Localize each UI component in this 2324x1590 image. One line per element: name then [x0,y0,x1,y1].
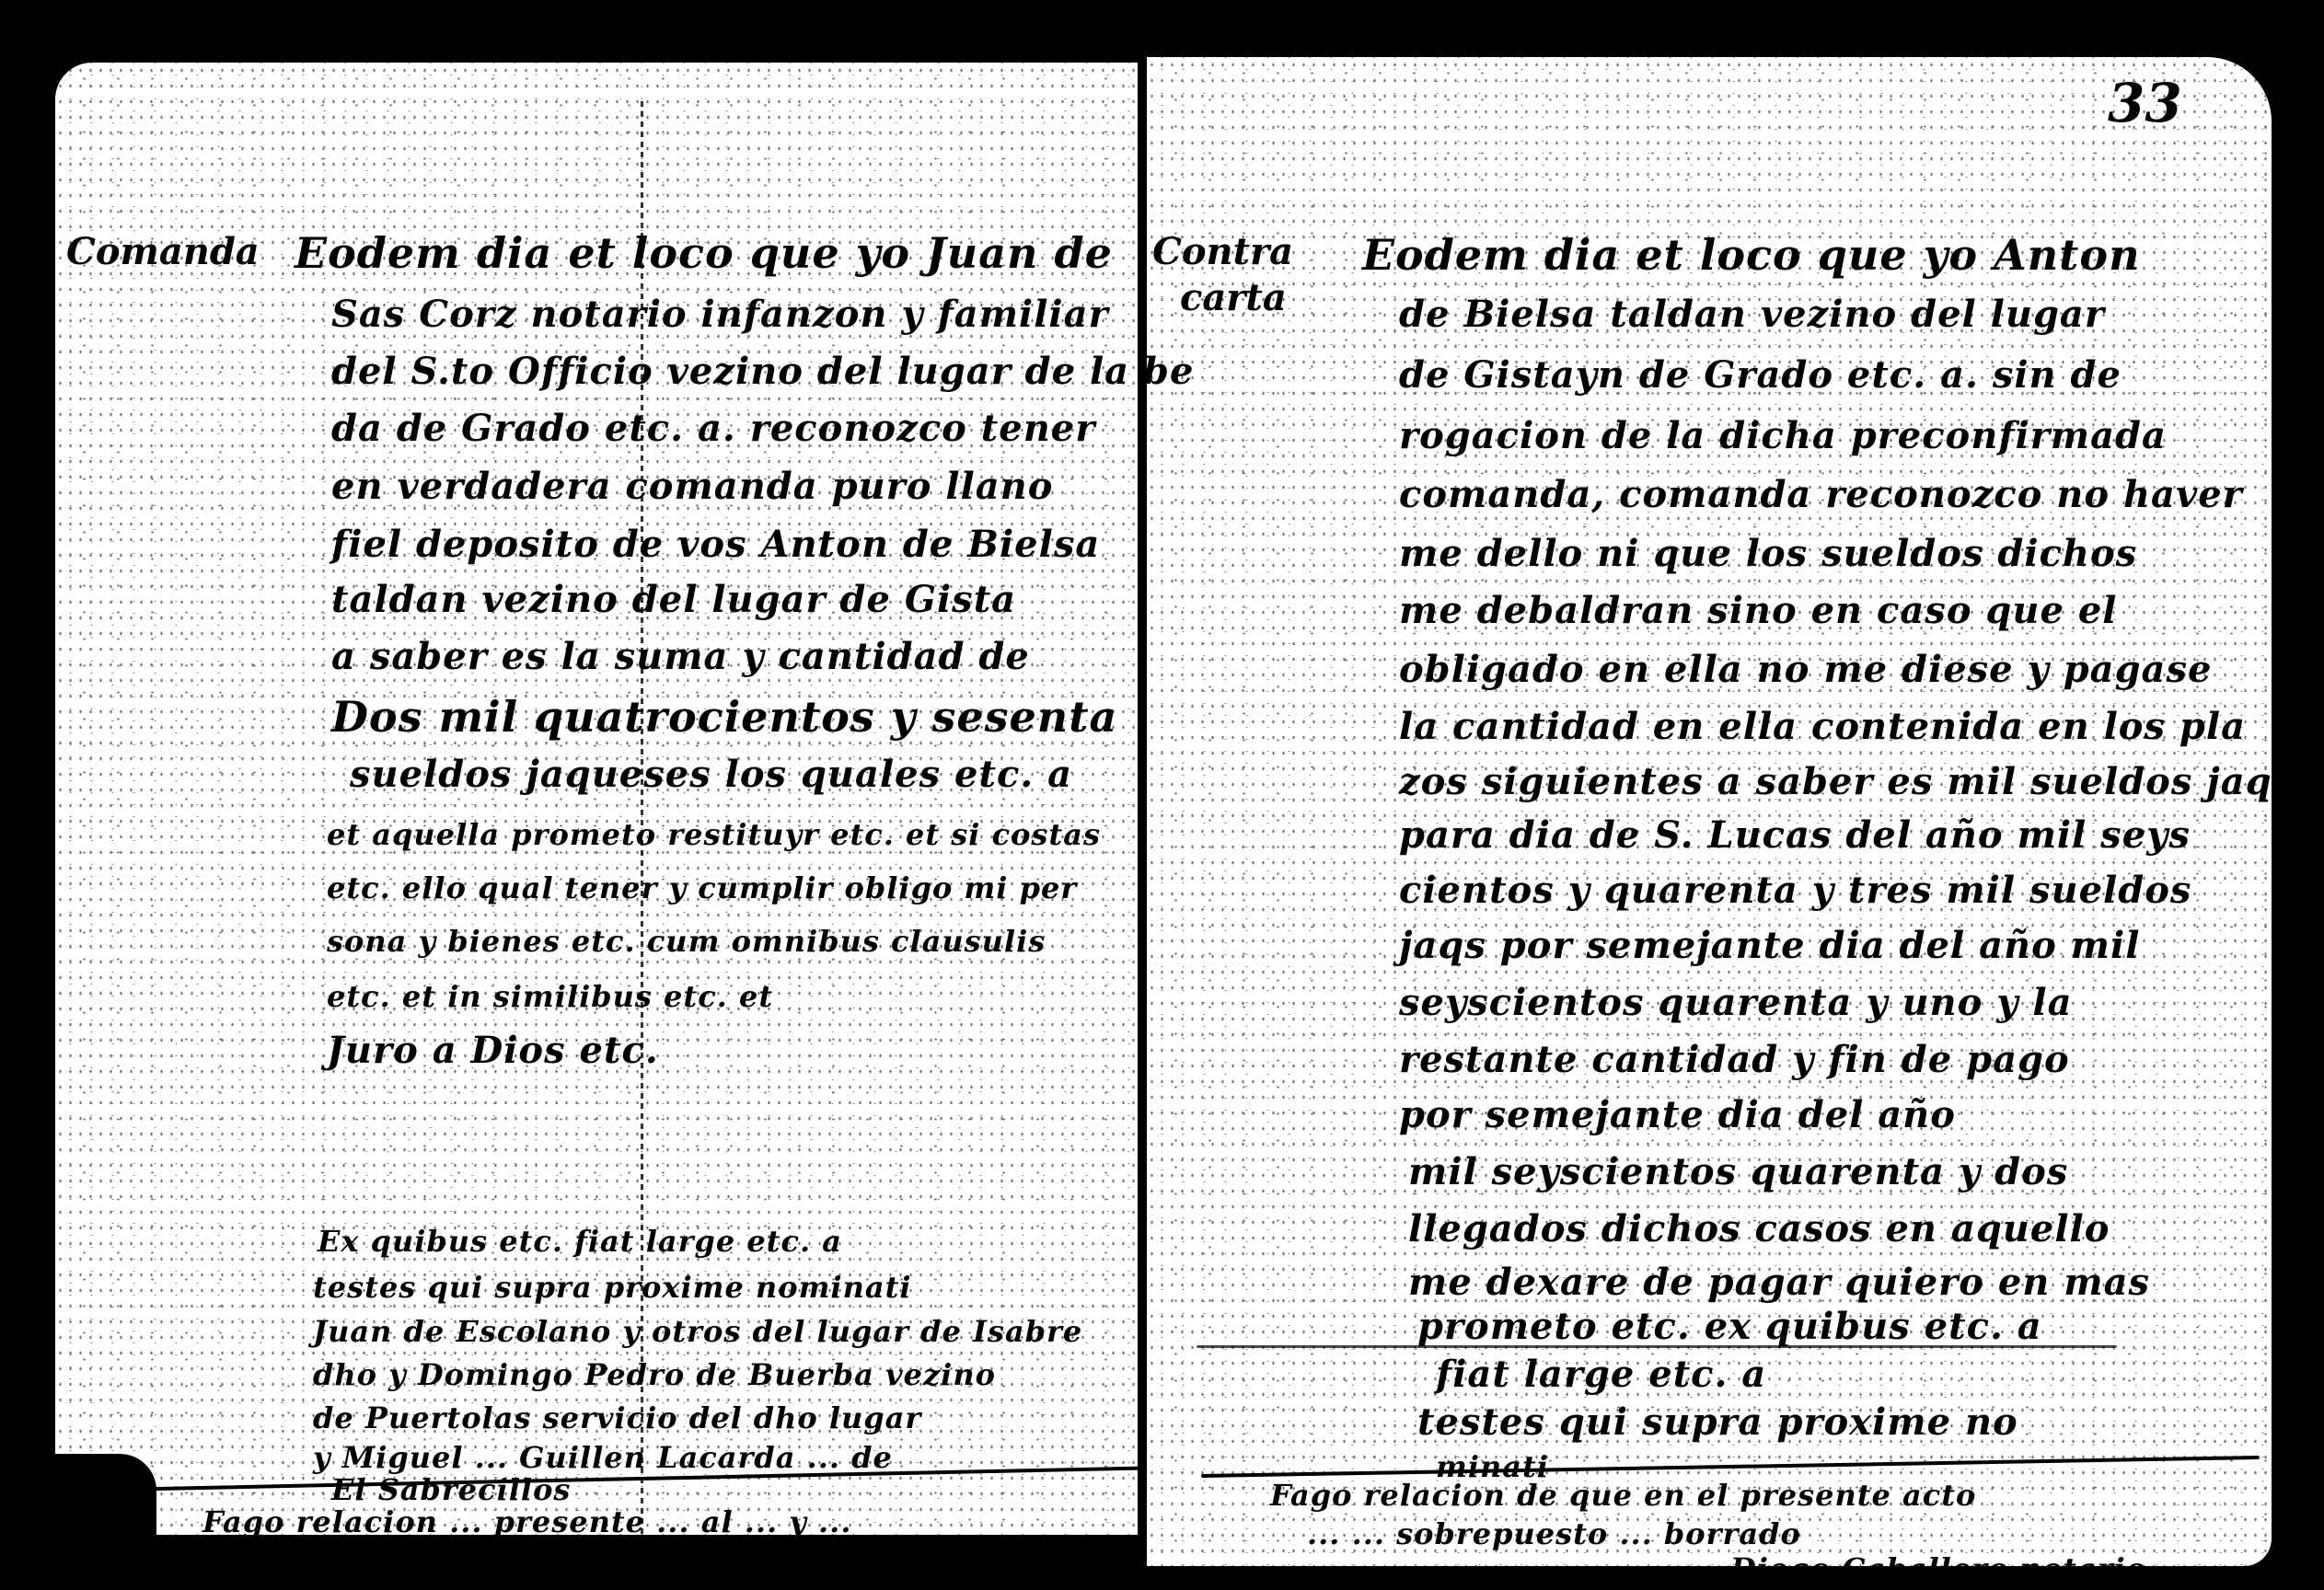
witness-line: testes qui supra proxime nominati [313,1270,912,1305]
text-line: del S.to Officio vezino del lugar de la … [331,350,1194,393]
text-line: sona y bienes etc. cum omnibus clausulis [327,924,1046,959]
text-line: Sas Corz notario infanzon y familiar [331,293,1109,336]
damaged-corner [0,1454,156,1590]
text-line: restante cantidad y fin de pago [1399,1038,2070,1081]
text-line: por semejante dia del año [1399,1093,1956,1136]
witness-line: dho y Domingo Pedro de Buerba vezino [313,1357,996,1392]
margin-note-carta: carta [1180,276,1287,319]
text-line: Juro a Dios etc. [327,1029,659,1072]
text-line: Dos mil quatrocientos y sesenta [331,692,1117,742]
text-line: Eodem dia et loco que yo Juan de [295,228,1113,278]
text-line: comanda, comanda reconozco no haver [1399,473,2243,516]
book-spine-divider [1138,55,1146,1590]
text-line: me debaldran sino en caso que el [1399,589,2118,632]
footer-line: ... puestos ... ... borrados. Diego ... … [212,1544,950,1579]
folio-number: 33 [2108,72,2182,134]
text-line: taldan vezino del lugar de Gista [331,578,1016,621]
text-line: sueldos jaqueses los quales etc. a [350,753,1072,796]
text-line: rogacion de la dicha preconfirmada [1399,414,2167,457]
text-line: jaqs por semejante dia del año mil [1399,924,2140,967]
text-line: et aquella prometo restituyr etc. et si … [327,817,1101,852]
witness-line: Ex quibus etc. fiat large etc. a [318,1224,842,1259]
witness-line: y Miguel ... Guillen Lacarda ... de [313,1440,893,1475]
text-line: mil seyscientos quarenta y dos [1408,1150,2068,1193]
text-line: etc. et in similibus etc. et [327,979,773,1014]
text-line: la cantidad en ella contenida en los pla [1399,705,2246,748]
text-line: testes qui supra proxime no [1417,1400,2018,1444]
text-line: de Bielsa taldan vezino del lugar [1399,293,2105,336]
footer-line: Fago relacion ... presente ... al ... y … [202,1504,851,1539]
text-line: me dexare de pagar quiero en mas [1408,1261,2150,1304]
notary-signature: Diego Caballero notario [1730,1551,2146,1586]
text-line: Eodem dia et loco que yo Anton [1362,230,2141,280]
footer-line: Fago relacion de que en el presente acto [1270,1478,1976,1513]
text-line: fiat large etc. a [1436,1353,1766,1396]
margin-note-contra: Contra [1152,230,1293,273]
scanned-manuscript: 33 Comanda Eodem dia et loco que yo Juan… [0,0,2324,1590]
text-line: me dello ni que los sueldos dichos [1399,532,2137,575]
text-line: zos siguientes a saber es mil sueldos ja… [1399,760,2286,803]
text-line: da de Grado etc. a. reconozco tener [331,407,1095,450]
text-line: a saber es la suma y cantidad de [331,635,1030,678]
text-line: fiel deposito de vos Anton de Bielsa [331,523,1100,566]
footer-line: ... ... sobrepuesto ... borrado [1307,1516,1801,1551]
witness-line: El Sabrecillos [331,1472,571,1507]
text-line: obligado en ella no me diese y pagase [1399,648,2212,691]
margin-note-comanda: Comanda [66,230,260,273]
witness-line: Juan de Escolano y otros del lugar de Is… [313,1314,1082,1349]
text-line: para dia de S. Lucas del año mil seys [1399,813,2191,857]
text-line: en verdadera comanda puro llano [331,465,1053,508]
text-line: seyscientos quarenta y uno y la [1399,981,2073,1024]
text-line: de Gistayn de Grado etc. a. sin de [1399,353,2122,397]
text-line: llegados dichos casos en aquello [1408,1207,2110,1250]
text-line: etc. ello qual tener y cumplir obligo mi… [327,870,1077,905]
text-line: prometo etc. ex quibus etc. a [1417,1305,2042,1348]
text-line: cientos y quarenta y tres mil sueldos [1399,869,2191,912]
witness-line: de Puertolas servicio del dho lugar [313,1400,921,1435]
